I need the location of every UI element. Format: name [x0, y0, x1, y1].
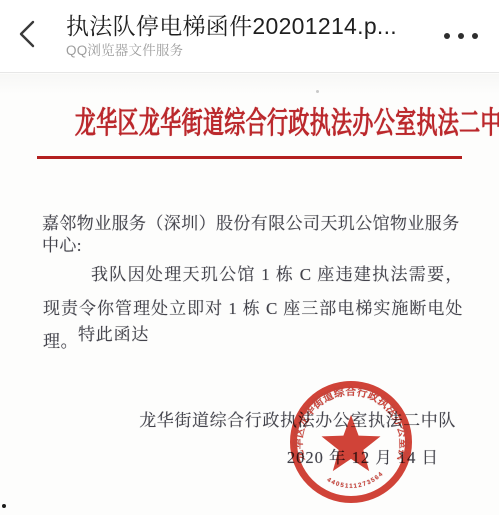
document-content: 龙华区龙华街道综合行政执法办公室执法二中队 嘉邻物业服务（深圳）股份有限公司天玑…: [0, 74, 499, 515]
letterhead-title: 龙华区龙华街道综合行政执法办公室执法二中队: [75, 106, 424, 142]
svg-text:4405111273564: 4405111273564: [326, 470, 386, 490]
chevron-left-icon: [15, 19, 41, 49]
header-text-block: 执法队停电梯函件20201214.p... QQ浏览器文件服务: [66, 12, 419, 59]
addressee-line: 嘉邻物业服务（深圳）股份有限公司天玑公馆物业服务中心:: [42, 213, 469, 257]
more-menu-button[interactable]: [437, 20, 485, 52]
scan-artifact-speck: [316, 90, 319, 93]
ellipsis-icon: [444, 33, 450, 39]
letterhead-rule: [37, 156, 462, 159]
ellipsis-icon: [458, 33, 464, 39]
seal-star-icon: [322, 415, 381, 471]
file-title: 执法队停电梯函件20201214.p...: [66, 12, 419, 40]
closing-phrase: 特此函达: [78, 320, 149, 345]
pdf-document-page: 龙华区龙华街道综合行政执法办公室执法二中队 嘉邻物业服务（深圳）股份有限公司天玑…: [0, 74, 499, 515]
app-header: 执法队停电梯函件20201214.p... QQ浏览器文件服务: [0, 0, 499, 73]
file-service-label: QQ浏览器文件服务: [66, 42, 419, 59]
scan-artifact-dot: [2, 504, 6, 508]
back-button[interactable]: [10, 16, 46, 52]
official-seal-stamp: 龙华区龙华街道综合行政执法办公室执法二中队 4405111273564: [289, 380, 413, 504]
seal-serial-number: 4405111273564: [326, 470, 386, 490]
ellipsis-icon: [472, 33, 478, 39]
